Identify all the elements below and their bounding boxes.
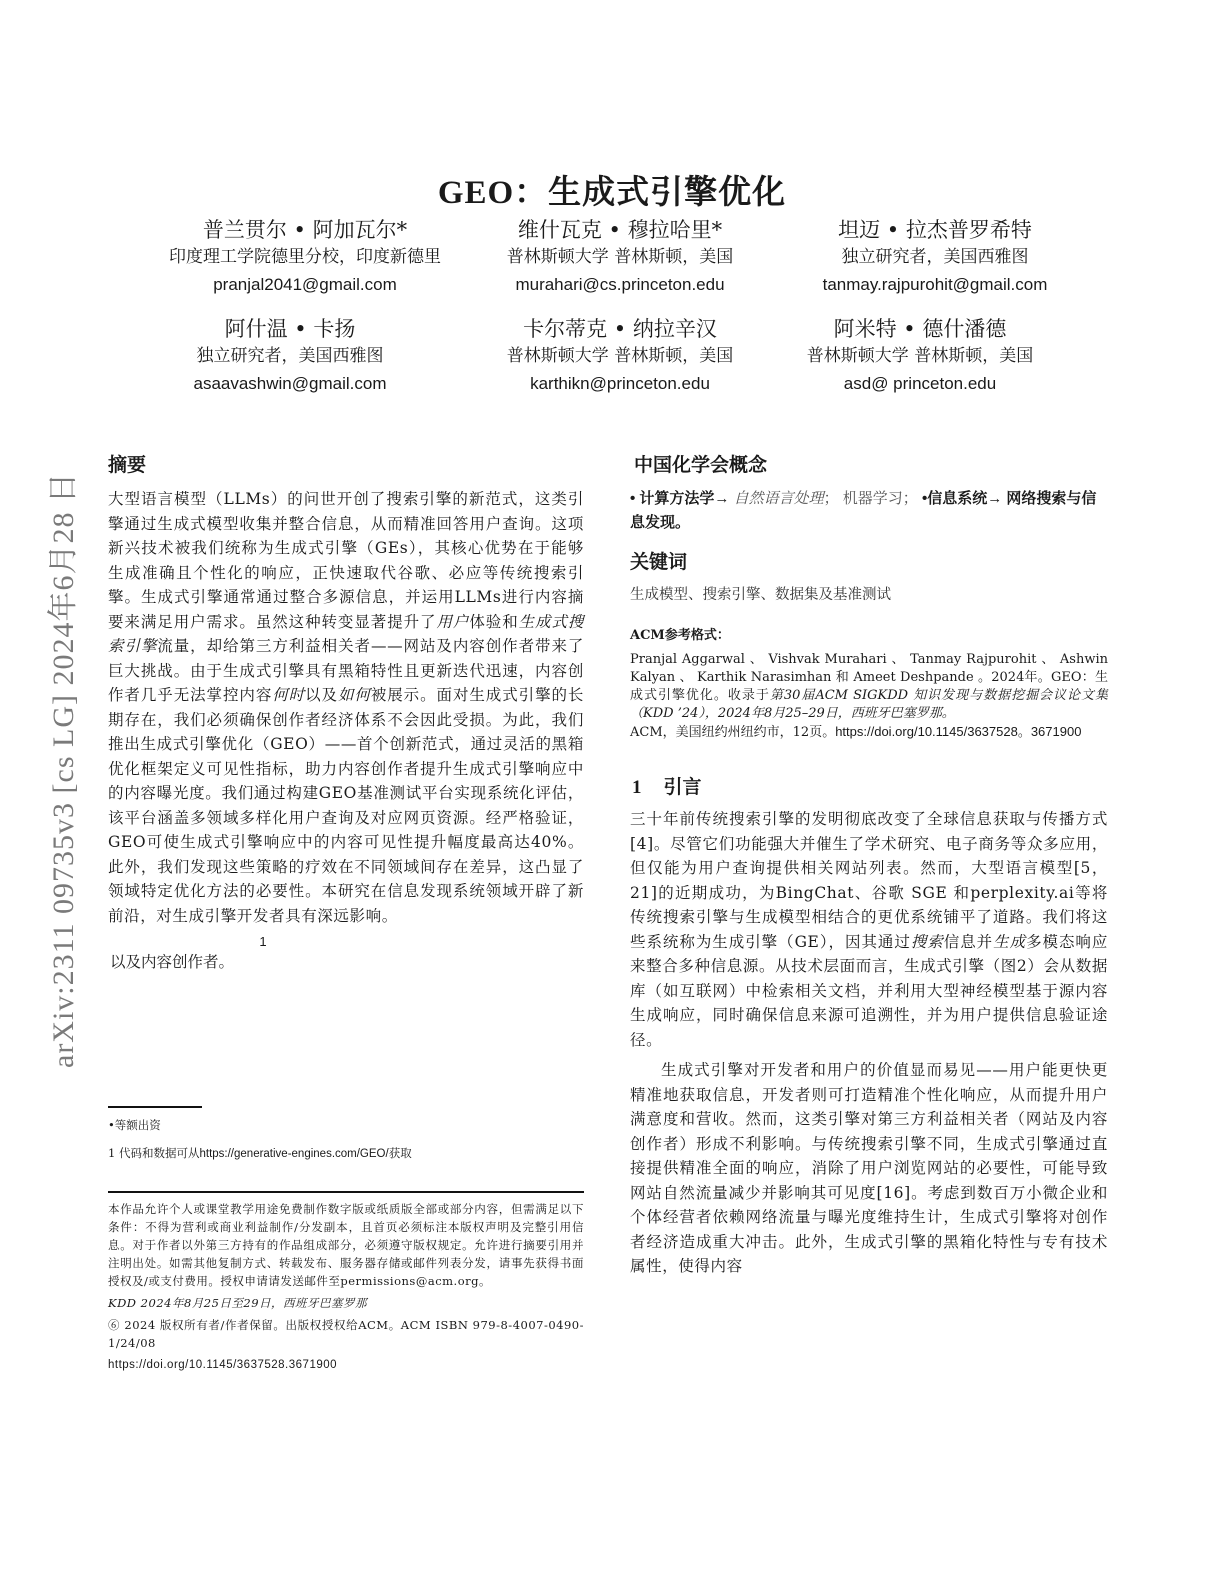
intro-heading: 1引言 bbox=[632, 772, 1108, 799]
ccs-concepts: • 计算方法学→ 自然语言处理； 机器学习； •信息系统→ 网络搜索与信息发现。 bbox=[630, 487, 1108, 535]
author-block: 坦迈 • 拉杰普罗希特 独立研究者，美国西雅图 tanmay.rajpurohi… bbox=[790, 216, 1080, 300]
footnote-code: 1 代码和数据可从https://generative-engines.com/… bbox=[108, 1144, 412, 1163]
author-email[interactable]: asaavashwin@gmail.com bbox=[140, 369, 440, 399]
author-name: 普兰贯尔 • 阿加瓦尔* bbox=[140, 216, 470, 244]
text-run: 获取 bbox=[389, 1146, 412, 1160]
keywords-heading: 关键词 bbox=[630, 547, 1108, 574]
author-name: 阿什温 • 卡扬 bbox=[140, 315, 440, 343]
venue-text: KDD 2024年8月25日至29日，西班牙巴塞罗那 bbox=[108, 1294, 584, 1312]
paper-title: GEO：生成式引擎优化 bbox=[0, 166, 1224, 213]
author-name: 阿米特 • 德什潘德 bbox=[770, 315, 1070, 343]
text-run: 1 代码和数据可从 bbox=[108, 1146, 199, 1160]
author-affiliation: 普林斯顿大学 普林斯顿，美国 bbox=[470, 343, 770, 369]
author-block: 卡尔蒂克 • 纳拉辛汉 普林斯顿大学 普林斯顿，美国 karthikn@prin… bbox=[470, 315, 770, 399]
copyright-block: 本作品允许个人或课堂教学用途免费制作数字版或纸质版全部或部分内容，但需满足以下条… bbox=[108, 1200, 584, 1378]
abstract-text: 大型语言模型（LLMs）的问世开创了搜索引擎的新范式，这类引擎通过生成式模型收集… bbox=[108, 487, 584, 928]
author-name: 维什瓦克 • 穆拉哈里* bbox=[470, 216, 770, 244]
reference-doi-link[interactable]: https://doi.org/10.1145/3637528。3671900 bbox=[835, 724, 1081, 739]
ccs-heading: 中国化学会概念 bbox=[634, 450, 1108, 477]
author-block: 阿米特 • 德什潘德 普林斯顿大学 普林斯顿，美国 asd@ princeton… bbox=[770, 315, 1070, 399]
section-number: 1 bbox=[632, 777, 642, 798]
doi-link[interactable]: https://doi.org/10.1145/3637528.3671900 bbox=[108, 1356, 584, 1374]
author-block: 维什瓦克 • 穆拉哈里* 普林斯顿大学 普林斯顿，美国 murahari@cs.… bbox=[470, 216, 770, 300]
author-email[interactable]: murahari@cs.princeton.edu bbox=[470, 270, 770, 300]
acm-reference: Pranjal Aggarwal 、 Vishvak Murahari 、 Ta… bbox=[630, 651, 1108, 742]
intro-paragraph: 生成式引擎对开发者和用户的价值显而易见——用户能更快更精准地获取信息，开发者则可… bbox=[630, 1058, 1108, 1279]
author-email[interactable]: asd@ princeton.edu bbox=[770, 369, 1070, 399]
text-run: 以及 bbox=[305, 686, 338, 704]
author-block: 普兰贯尔 • 阿加瓦尔* 印度理工学院德里分校，印度新德里 pranjal204… bbox=[140, 216, 470, 300]
arxiv-stamp: arXiv:2311 09735v3 [cs LG] 2024年6月28 日 bbox=[38, 472, 82, 1068]
acm-reference-heading: ACM参考格式： bbox=[630, 624, 1108, 643]
code-link[interactable]: https://generative-engines.com/GEO/ bbox=[199, 1148, 388, 1160]
author-block: 阿什温 • 卡扬 独立研究者，美国西雅图 asaavashwin@gmail.c… bbox=[140, 315, 440, 399]
ccs-term: 自然语言处理 bbox=[734, 490, 824, 507]
permission-text: 本作品允许个人或课堂教学用途免费制作数字版或纸质版全部或部分内容，但需满足以下条… bbox=[108, 1200, 584, 1290]
author-name: 坦迈 • 拉杰普罗希特 bbox=[790, 216, 1080, 244]
author-affiliation: 印度理工学院德里分校，印度新德里 bbox=[140, 244, 470, 270]
footnote-equal-contribution: •等额出资 bbox=[108, 1116, 161, 1134]
section-title: 引言 bbox=[664, 777, 702, 798]
ccs-term: • 计算方法学→ bbox=[630, 490, 734, 507]
author-email[interactable]: tanmay.rajpurohit@gmail.com bbox=[790, 270, 1080, 300]
abstract-tail: 以及内容创作者。 bbox=[110, 950, 584, 974]
author-affiliation: 独立研究者，美国西雅图 bbox=[140, 343, 440, 369]
keywords-text: 生成模型、搜索引擎、数据集及基准测试 bbox=[630, 584, 1108, 606]
footnote-marker[interactable]: 1 bbox=[108, 934, 418, 950]
author-affiliation: 普林斯顿大学 普林斯顿，美国 bbox=[770, 343, 1070, 369]
ccs-term: ； 机器学习； bbox=[824, 490, 922, 507]
text-run: 大型语言模型（LLMs）的问世开创了搜索引擎的新范式，这类引擎通过生成式模型收集… bbox=[108, 490, 584, 631]
emphasis: 如何 bbox=[338, 686, 371, 704]
abstract-section: 摘要 大型语言模型（LLMs）的问世开创了搜索引擎的新范式，这类引擎通过生成式模… bbox=[108, 450, 584, 974]
author-name: 卡尔蒂克 • 纳拉辛汉 bbox=[470, 315, 770, 343]
author-affiliation: 独立研究者，美国西雅图 bbox=[790, 244, 1080, 270]
text-run: 被展示。面对生成式引擎的长期存在，我们必须确保创作者经济体系不会因此受损。为此，… bbox=[108, 686, 584, 925]
emphasis: 生成 bbox=[993, 933, 1026, 951]
abstract-heading: 摘要 bbox=[108, 450, 584, 477]
intro-paragraph: 三十年前传统搜索引擎的发明彻底改变了全球信息获取与传播方式[4]。尽管它们功能强… bbox=[630, 807, 1108, 1052]
footnote-divider bbox=[108, 1106, 202, 1108]
right-column: 中国化学会概念 • 计算方法学→ 自然语言处理； 机器学习； •信息系统→ 网络… bbox=[630, 450, 1108, 1279]
emphasis: 搜索 bbox=[911, 933, 944, 951]
author-email[interactable]: karthikn@princeton.edu bbox=[470, 369, 770, 399]
text-run: 三十年前传统搜索引擎的发明彻底改变了全球信息获取与传播方式[4]。尽管它们功能强… bbox=[630, 810, 1108, 951]
text-run: ACM，美国纽约州纽约市，12页。 bbox=[630, 725, 835, 740]
text-run: 信息并 bbox=[944, 933, 993, 951]
author-affiliation: 普林斯顿大学 普林斯顿，美国 bbox=[470, 244, 770, 270]
text-run: 体验和 bbox=[469, 613, 518, 631]
emphasis: 用户 bbox=[436, 613, 469, 631]
copyright-divider bbox=[108, 1191, 584, 1193]
emphasis: 何时 bbox=[272, 686, 305, 704]
rights-text: ⑥ 2024 版权所有者/作者保留。出版权授权给ACM。ACM ISBN 979… bbox=[108, 1316, 584, 1352]
author-email[interactable]: pranjal2041@gmail.com bbox=[140, 270, 470, 300]
